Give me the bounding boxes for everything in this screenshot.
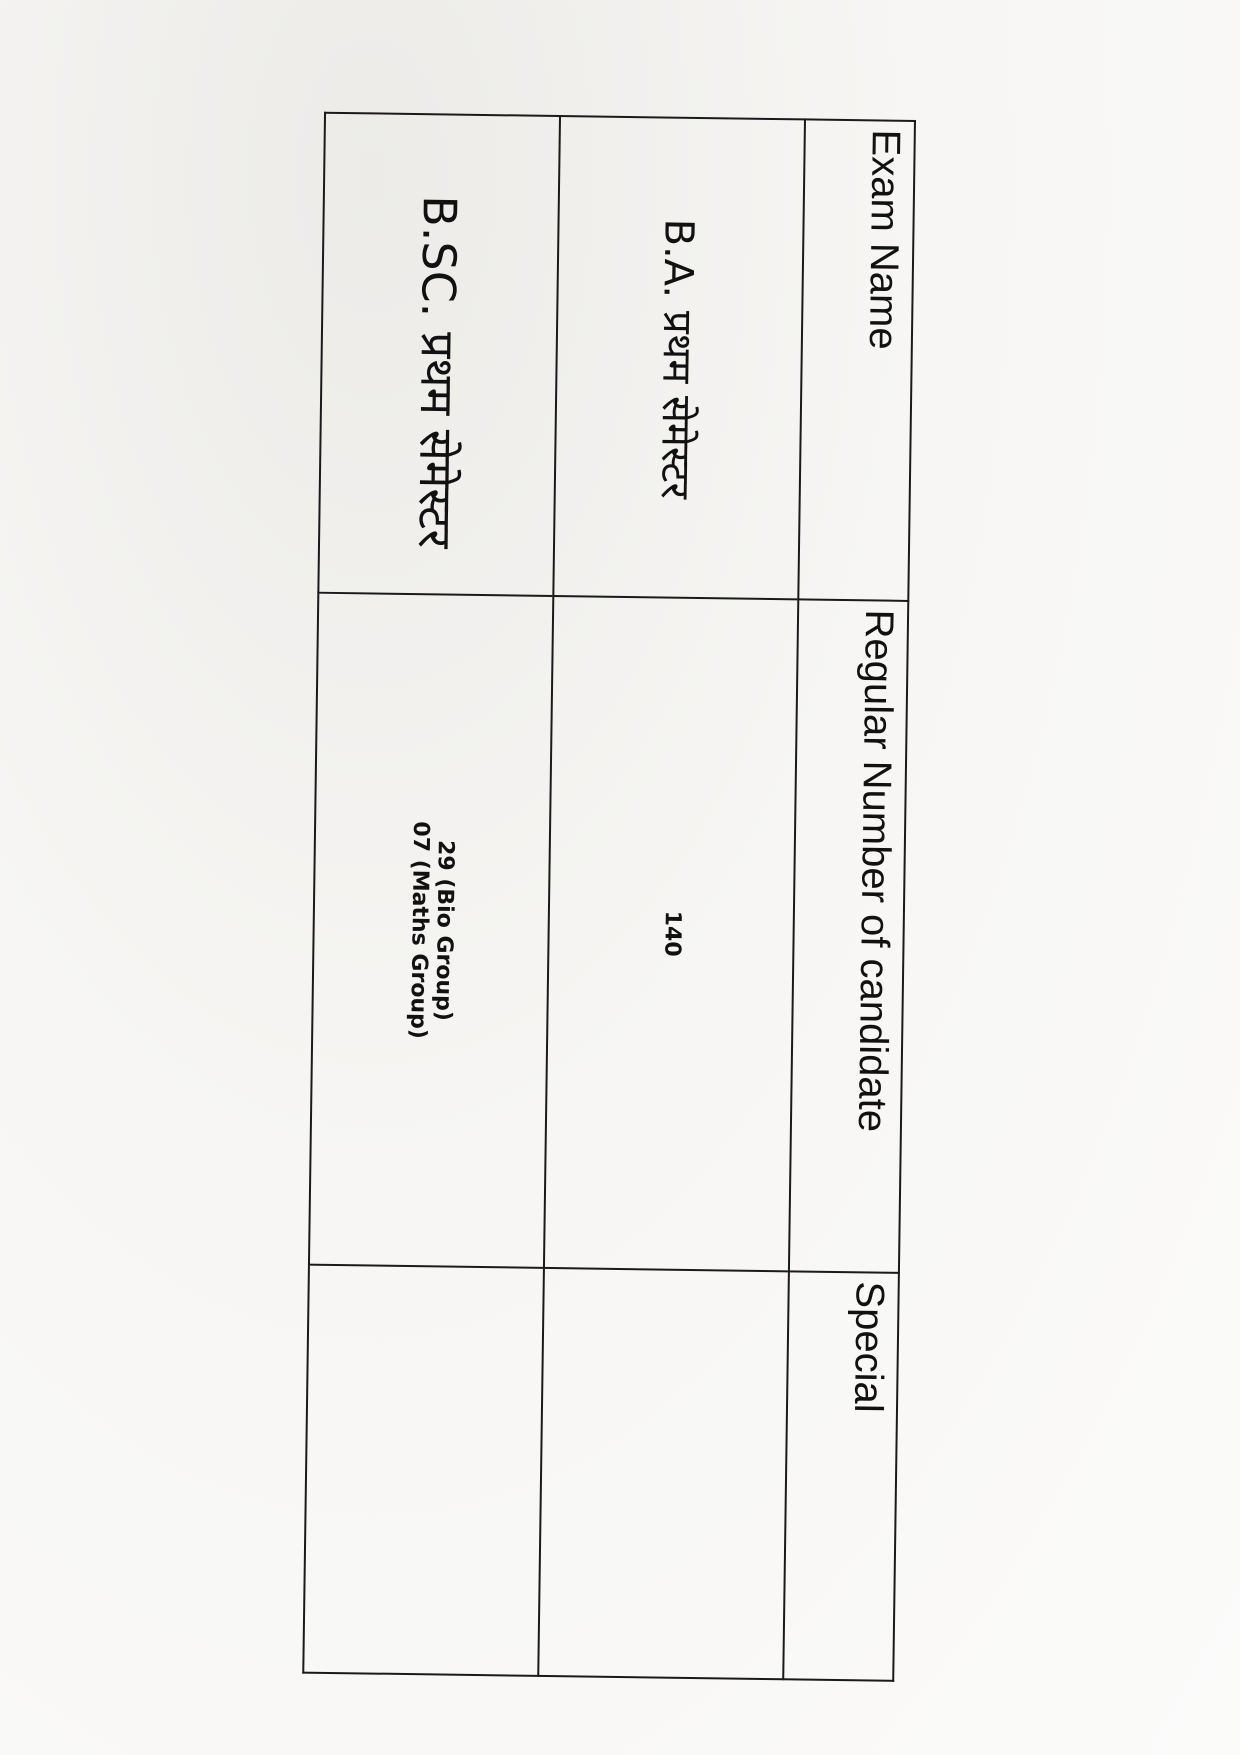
regular-count-cell: 29 (Bio Group) 07 (Maths Group): [309, 593, 553, 1268]
header-special: Special: [783, 1271, 899, 1680]
header-exam-name: Exam Name: [798, 119, 915, 600]
special-cell: [303, 1265, 544, 1676]
regular-count-cell: 140: [544, 596, 798, 1271]
table-header-row: Exam Name Regular Number of candidate Sp…: [783, 119, 915, 1680]
regular-count-value: 140: [654, 600, 688, 1268]
table-row: B.A. प्रथम सेमेस्टर 140: [538, 116, 805, 1679]
exam-table-frame: Exam Name Regular Number of candidate Sp…: [302, 112, 916, 1682]
exam-name-cell: B.A. प्रथम सेमेस्टर: [553, 116, 805, 599]
header-regular-number: Regular Number of candidate: [789, 599, 908, 1272]
table-row: B.SC. प्रथम सेमेस्टर 29 (Bio Group) 07 (…: [303, 113, 560, 1676]
special-cell: [538, 1268, 789, 1679]
exam-name-cell: B.SC. प्रथम सेमेस्टर: [318, 113, 560, 596]
exam-candidate-table: Exam Name Regular Number of candidate Sp…: [302, 112, 916, 1682]
